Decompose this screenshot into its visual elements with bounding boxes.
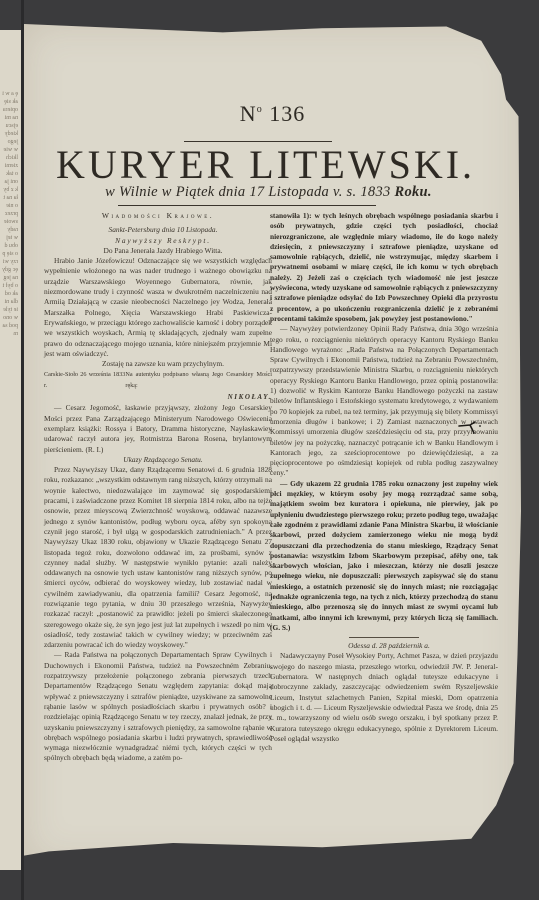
paragraph: stanowiła 1): w tych leśnych obrębach ws… bbox=[270, 211, 498, 324]
paragraph: Hrabio Janie Józefowiczu! Odznaczające s… bbox=[44, 256, 272, 359]
paragraph: Przez Naywyższy Ukaz, dany Rządzącemu Se… bbox=[44, 465, 272, 650]
paragraph: — Cesarz Jegomość, łaskawie przyjąwszy, … bbox=[44, 403, 272, 454]
ink-mark-icon bbox=[458, 420, 482, 436]
left-column: Wiadomości Krajowe. Sankt-Petersburg dni… bbox=[44, 211, 272, 764]
previous-page-edge: ę a w iak się opiera na miejscu kiedy je… bbox=[0, 30, 22, 870]
article-divider bbox=[349, 637, 419, 638]
issue-number: No 136 bbox=[24, 101, 521, 127]
newspaper-title: KURYER LITEWSKI. bbox=[24, 141, 507, 188]
paragraph: — Gdy ukazem 22 grudnia 1785 roku oznacz… bbox=[270, 479, 498, 633]
paragraph: — Rada Państwa na połączonych Departamen… bbox=[44, 650, 272, 763]
article-dateline: Sankt-Petersburg dnia 10 Listopada. bbox=[44, 225, 272, 235]
dateline-subtitle: w Wilnie w Piątek dnia 17 Listopada v. s… bbox=[24, 184, 513, 201]
article-dateline: Odessa d. 28 październik a. bbox=[270, 641, 498, 651]
masthead-rule-bottom bbox=[118, 205, 376, 206]
paragraph: Nadawyczayny Poseł Wysokiey Porty, Achme… bbox=[270, 651, 498, 744]
bleed-through-text: ę a w iak się opiera na miejscu kiedy je… bbox=[2, 90, 18, 338]
newspaper-page: No 136 KURYER LITEWSKI. w Wilnie w Piąte… bbox=[24, 24, 521, 864]
signature-block: Carskie-Sioło 26 września 1833 r. Na aut… bbox=[44, 370, 272, 391]
rescript-heading: Naywyższy Reskrypt. bbox=[44, 236, 272, 246]
closing-line: Zostaję na zawsze ku wam przychylnym. bbox=[44, 359, 272, 369]
book-spine-gutter bbox=[21, 0, 24, 900]
signature-name-row: NIKOŁAY. bbox=[44, 392, 272, 402]
signature-place: Carskie-Sioło 26 września 1833 r. bbox=[44, 370, 125, 391]
rescript-addressee: Do Pana Jenerała Jazdy Hrabiego Witta. bbox=[44, 246, 272, 256]
section-heading: Wiadomości Krajowe. bbox=[44, 211, 272, 221]
signature-name: NIKOŁAY. bbox=[228, 392, 272, 402]
paragraph: — Naywyżey potwierdzoney Opinii Rady Pań… bbox=[270, 324, 498, 478]
right-column: stanowiła 1): w tych leśnych obrębach ws… bbox=[270, 211, 498, 744]
subsection-heading: Ukazy Rządzącego Senatu. bbox=[44, 455, 272, 465]
signature-note: Na autentyku podpisano własną Jego Cesar… bbox=[125, 370, 272, 391]
